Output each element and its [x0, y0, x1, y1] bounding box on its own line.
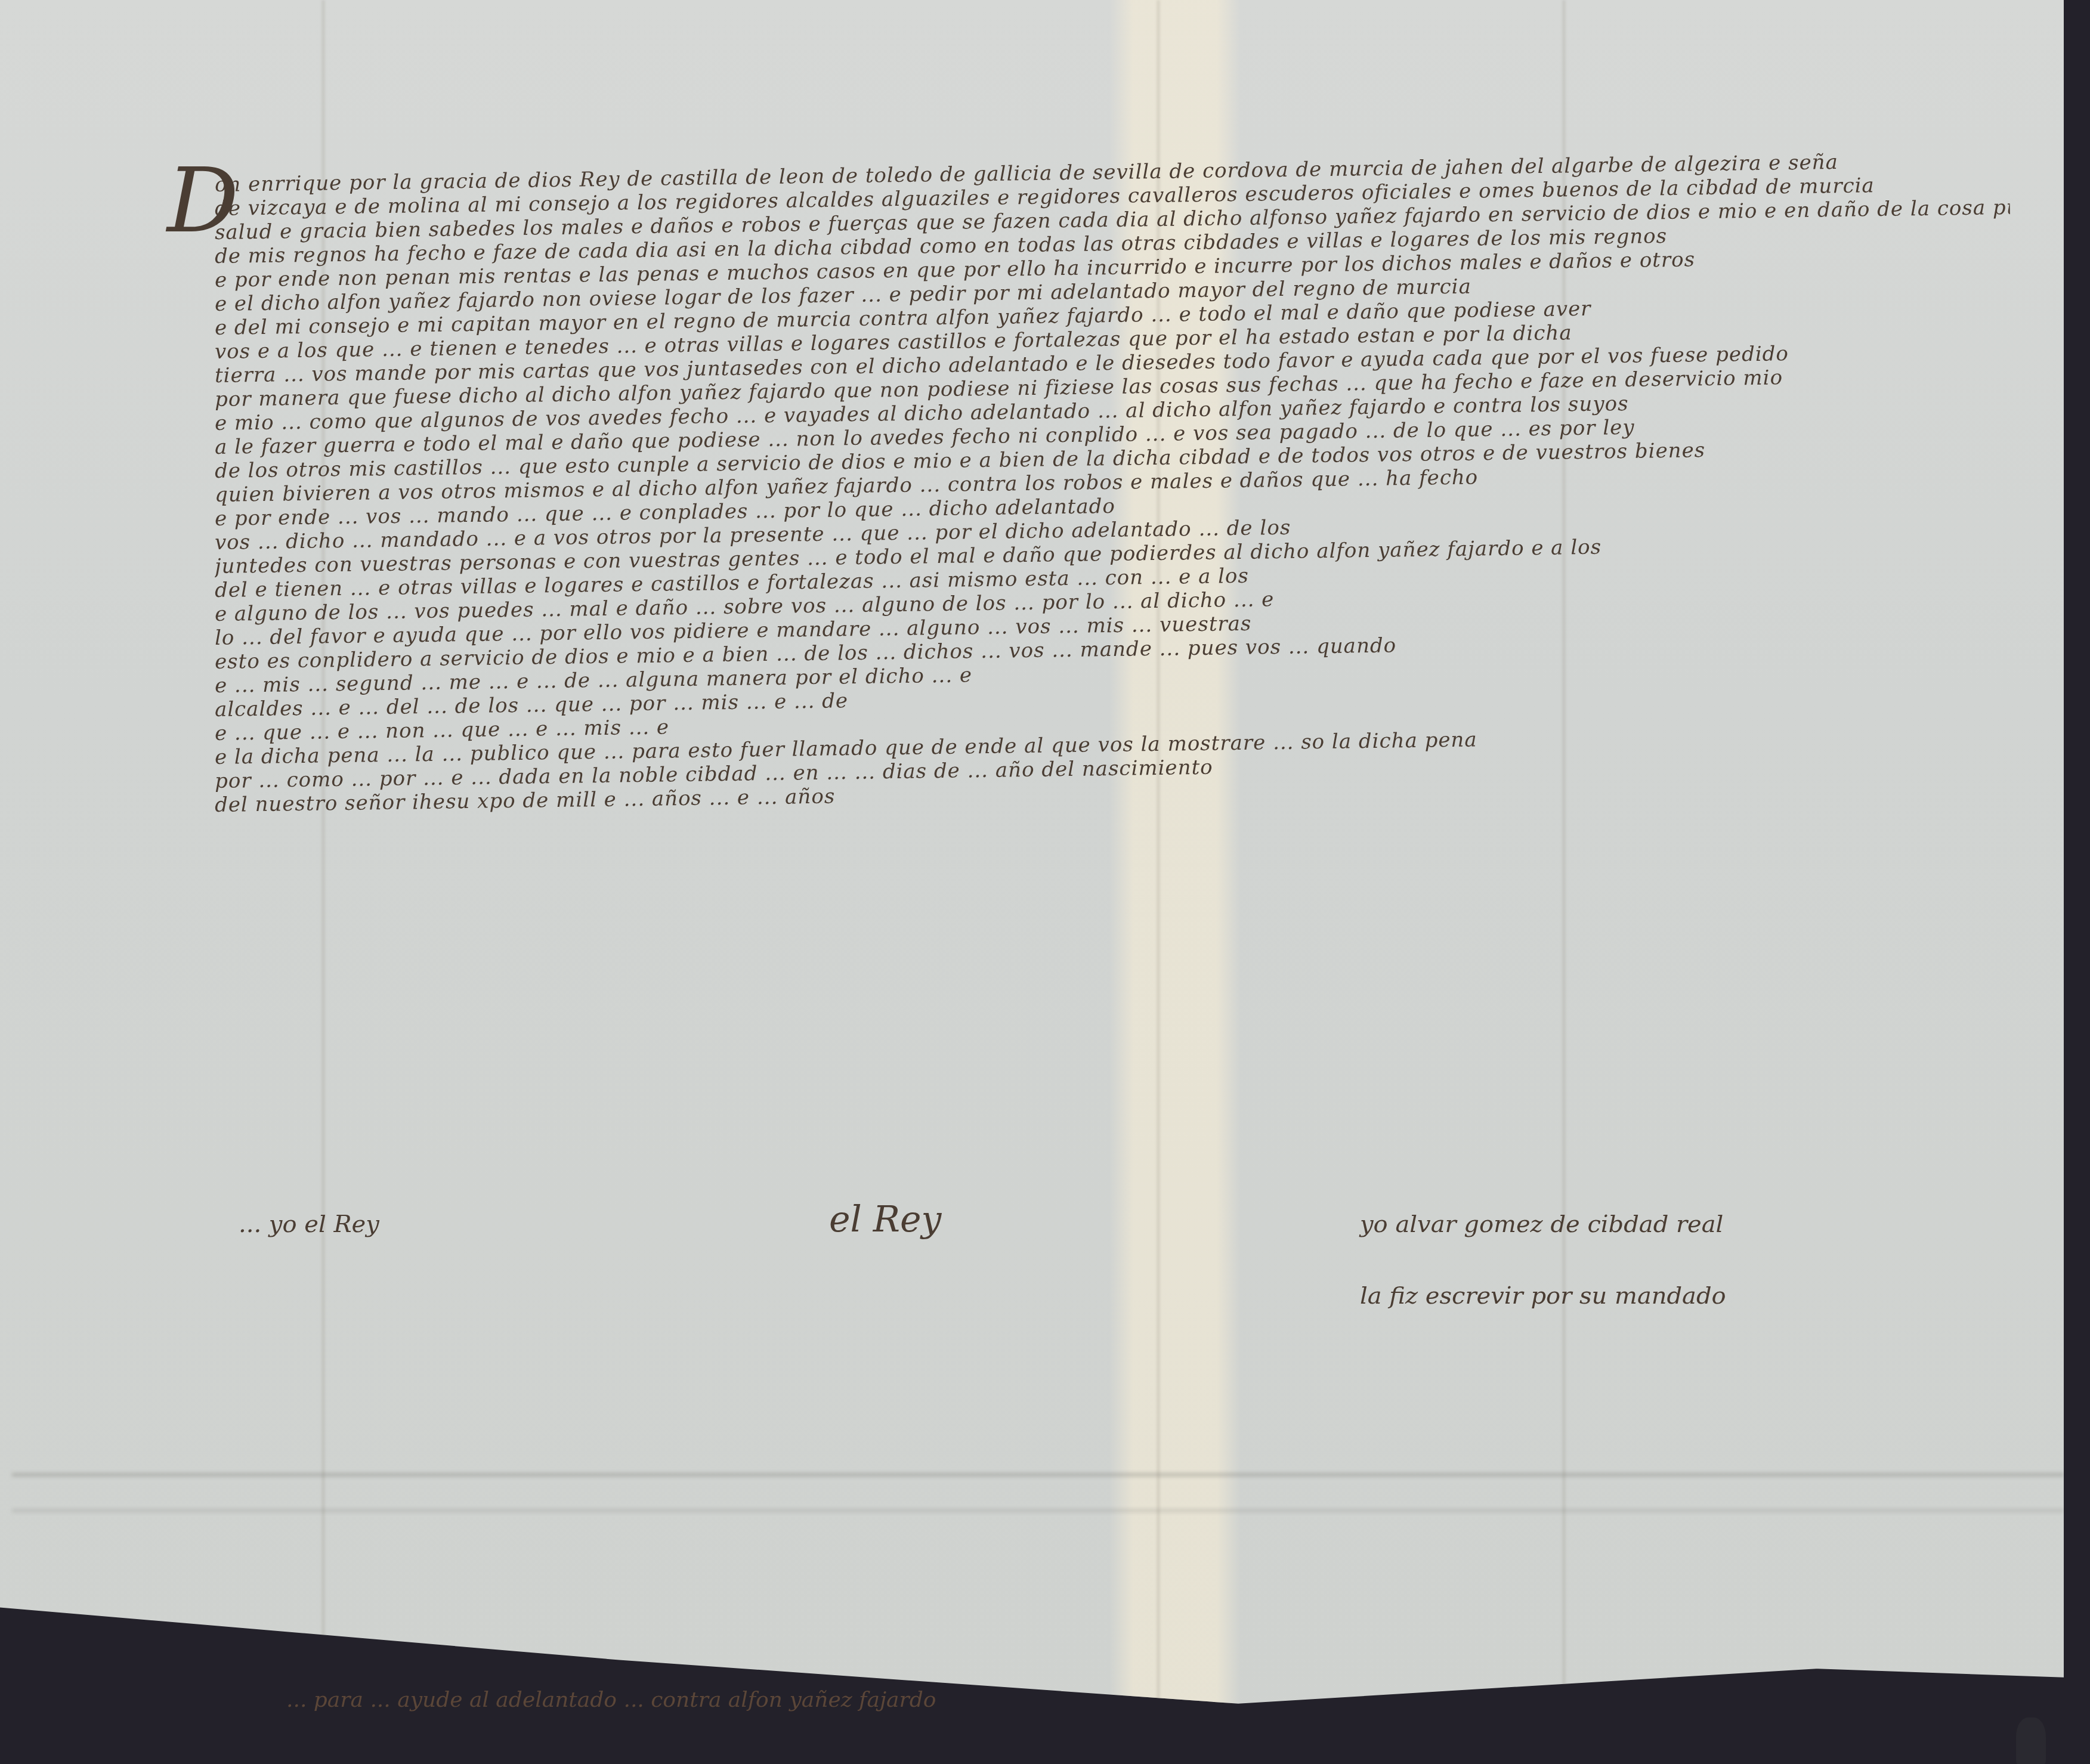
- ink-stain: [2016, 1717, 2046, 1764]
- signature-left: ... yo el Rey: [239, 1211, 379, 1238]
- letter-body: on enrrique por la gracia de dios Rey de…: [215, 173, 2010, 817]
- horizontal-fold: [12, 1509, 2064, 1512]
- endorsement-note: ... para ... ayude al adelantado ... con…: [286, 1688, 936, 1712]
- signature-king: el Rey: [829, 1199, 941, 1240]
- signature-secretary-line1: yo alvar gomez de cibdad real: [1360, 1211, 1723, 1238]
- signature-secretary-line2: la fiz escrevir por su mandado: [1360, 1282, 1726, 1310]
- horizontal-fold: [12, 1473, 2064, 1477]
